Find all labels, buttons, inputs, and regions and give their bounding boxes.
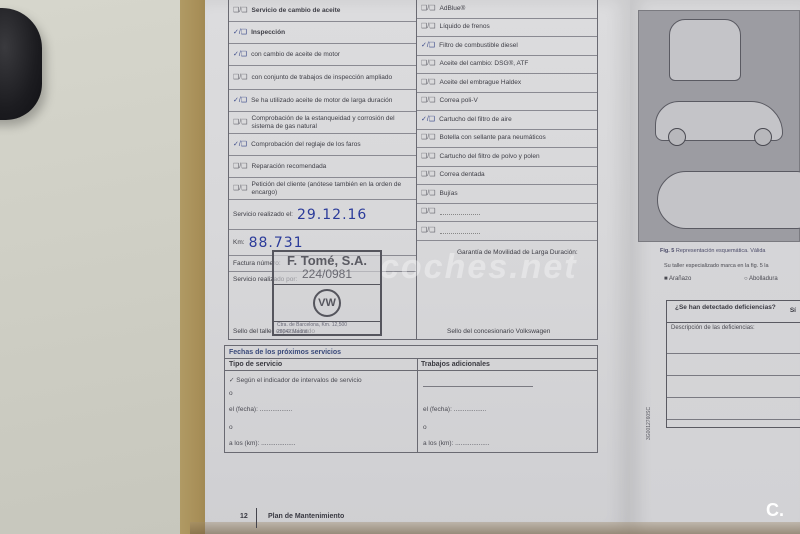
checked-checkbox-icon: ✓/❑ [421,116,435,124]
checkbox-icon: ❑/❑ [233,163,248,171]
vw-logo-icon: VW [313,289,341,317]
checkbox-icon: ❑/❑ [233,7,248,15]
additional-work-line: a los (km): ................... [423,440,489,447]
checklist-row: ❑/❑AdBlue® [417,0,597,19]
checklist-label: Botella con sellante para neumáticos [440,134,546,142]
next-services-table: Fechas de los próximos servicios Tipo de… [224,345,598,453]
checklist-row: ❑/❑Botella con sellante para neumáticos [417,130,597,149]
stamp-company-name: F. Tomé, S.A. [274,254,380,268]
figure-caption: Fig. 5 Representación esquemática. Válid… [660,248,766,254]
deficiencies-box: ¿Se han detectado deficiencias? Sí Descr… [666,300,800,428]
checkbox-icon: ❑/❑ [421,227,436,235]
checkbox-icon: ❑/❑ [421,171,436,179]
car-side-view-icon [655,101,783,141]
checklist-label: Aceite del cambio: DSG®, ATF [440,60,529,68]
car-top-view-icon [657,171,800,229]
checklist-label: Servicio de cambio de aceite [252,7,341,15]
checklist-label: con conjunto de trabajos de inspección a… [252,74,393,82]
checklist-row: ❑/❑ [417,222,597,241]
checklist-row: ❑/❑Servicio de cambio de aceite [229,0,416,22]
checklist-label: AdBlue® [440,5,466,13]
checkbox-icon: ❑/❑ [421,190,436,198]
next-service-line: el (fecha): .................. [229,406,292,413]
checklist-row: ❑/❑Aceite del cambio: DSG®, ATF [417,56,597,75]
option-dent: ○ Abolladura [744,276,778,282]
checklist-label: Aceite del embrague Haldex [440,79,522,87]
next-service-line: o [229,390,233,397]
checklist-label: Petición del cliente (anótese también en… [252,181,417,197]
car-damage-diagram [638,10,800,242]
checked-checkbox-icon: ✓/❑ [233,141,247,149]
checklist-row: ❑/❑Cartucho del filtro de polvo y polen [417,148,597,167]
column-divider [417,359,418,453]
checklist-row: ❑/❑Comprobación de la estanqueidad y cor… [229,112,416,134]
checkbox-icon: ❑/❑ [233,185,248,193]
workshop-stamp: F. Tomé, S.A. 224/0981 VW Ctra. de Barce… [272,250,382,336]
additional-work-line [423,386,533,387]
next-service-line: a los (km): ................... [229,440,295,447]
stamp-number: 224/0981 [274,268,380,285]
additional-work-line: o [423,424,427,431]
checkbox-icon: ❑/❑ [421,60,436,68]
checklist-row: ✓/❑Inspección [229,22,416,44]
checklist-row: ✓/❑con cambio de aceite de motor [229,44,416,66]
checklist-label: Filtro de combustible diesel [439,42,518,50]
next-services-header: Tipo de servicio Trabajos adicionales [225,359,597,371]
checklist-row: ❑/❑Bujías [417,185,597,204]
checklist-row: ❑/❑Petición del cliente (anótese también… [229,178,416,200]
checklist-row: Servicio realizado el:29.12.16 [229,200,416,230]
checklist-row: ✓/❑Comprobación del reglaje de los faros [229,134,416,156]
next-service-line: ✓ Según el indicador de intervalos de se… [229,376,362,384]
page-bottom-edge [190,522,800,534]
checkbox-icon: ❑/❑ [421,23,436,31]
additional-work-line: el (fecha): .................. [423,406,486,413]
checked-checkbox-icon: ✓/❑ [233,29,247,37]
handwritten-value: 88.731 [249,239,304,247]
checkbox-icon: ❑/❑ [421,208,436,216]
deficiencies-question: ¿Se han detectado deficiencias? Sí [667,301,800,323]
checklist-label: con cambio de aceite de motor [251,51,340,59]
page-number: 12 [240,513,248,520]
checked-checkbox-icon: ✓/❑ [421,42,435,50]
checklist-label: Inspección [251,29,285,37]
checklist-row: ✓/❑Filtro de combustible diesel [417,37,597,56]
checkbox-icon: ❑/❑ [233,119,248,127]
handwritten-value: 29.12.16 [297,211,367,219]
checklist-label: Comprobación del reglaje de los faros [251,141,360,149]
checklist-label: Comprobación de la estanqueidad y corros… [252,115,417,131]
document-code: 3G0012760SC [646,407,652,440]
checklist-label: Correa dentada [440,171,485,179]
checklist-row: ❑/❑Líquido de frenos [417,19,597,38]
next-services-title: Fechas de los próximos servicios [225,346,597,359]
checkbox-icon: ❑/❑ [421,153,436,161]
watermark: coches.net [380,248,578,287]
checklist-label: Correa poli-V [440,97,478,105]
checklist-row: ❑/❑Correa dentada [417,167,597,186]
checklist-label: Bujías [440,190,458,198]
damage-question: Su taller especializado marca en la fig.… [664,263,769,269]
car-rear-view-icon [669,19,741,81]
checklist-label: Reparación recomendada [252,163,327,171]
option-scratch: ■ Arañazo [664,276,691,282]
checklist-row: ❑/❑Reparación recomendada [229,156,416,178]
checkbox-icon: ❑/❑ [233,74,248,82]
checklist-row: ❑/❑ [417,204,597,223]
stamp-address: Ctra. de Barcelona, Km. 12,500 28042 Mad… [274,321,380,336]
checked-checkbox-icon: ✓/❑ [233,51,247,59]
checkbox-icon: ❑/❑ [421,79,436,87]
corner-logo: C. [766,500,784,521]
checked-checkbox-icon: ✓/❑ [233,97,247,105]
checklist-row: ✓/❑Se ha utilizado aceite de motor de la… [229,90,416,112]
checklist-row: ✓/❑Cartucho del filtro de aire [417,111,597,130]
deficiencies-description-label: Descripción de las deficiencias: [667,323,800,333]
checklist-label: Cartucho del filtro de polvo y polen [440,153,540,161]
checklist-row: ❑/❑Aceite del embrague Haldex [417,74,597,93]
checkbox-icon: ❑/❑ [421,134,436,142]
next-service-line: o [229,424,233,431]
checklist-row: ❑/❑con conjunto de trabajos de inspecció… [229,66,416,90]
footer-divider [256,508,257,528]
checklist-right-column: ❑/❑AdBlue®❑/❑Líquido de frenos✓/❑Filtro … [417,0,597,339]
footer-section-title: Plan de Mantenimiento [268,513,344,520]
checklist-row: ❑/❑Correa poli-V [417,93,597,112]
checklist-label: Cartucho del filtro de aire [439,116,512,124]
checklist-label: Se ha utilizado aceite de motor de larga… [251,97,392,105]
checkbox-icon: ❑/❑ [421,5,436,13]
checklist-label: Líquido de frenos [440,23,490,31]
checkbox-icon: ❑/❑ [421,97,436,105]
